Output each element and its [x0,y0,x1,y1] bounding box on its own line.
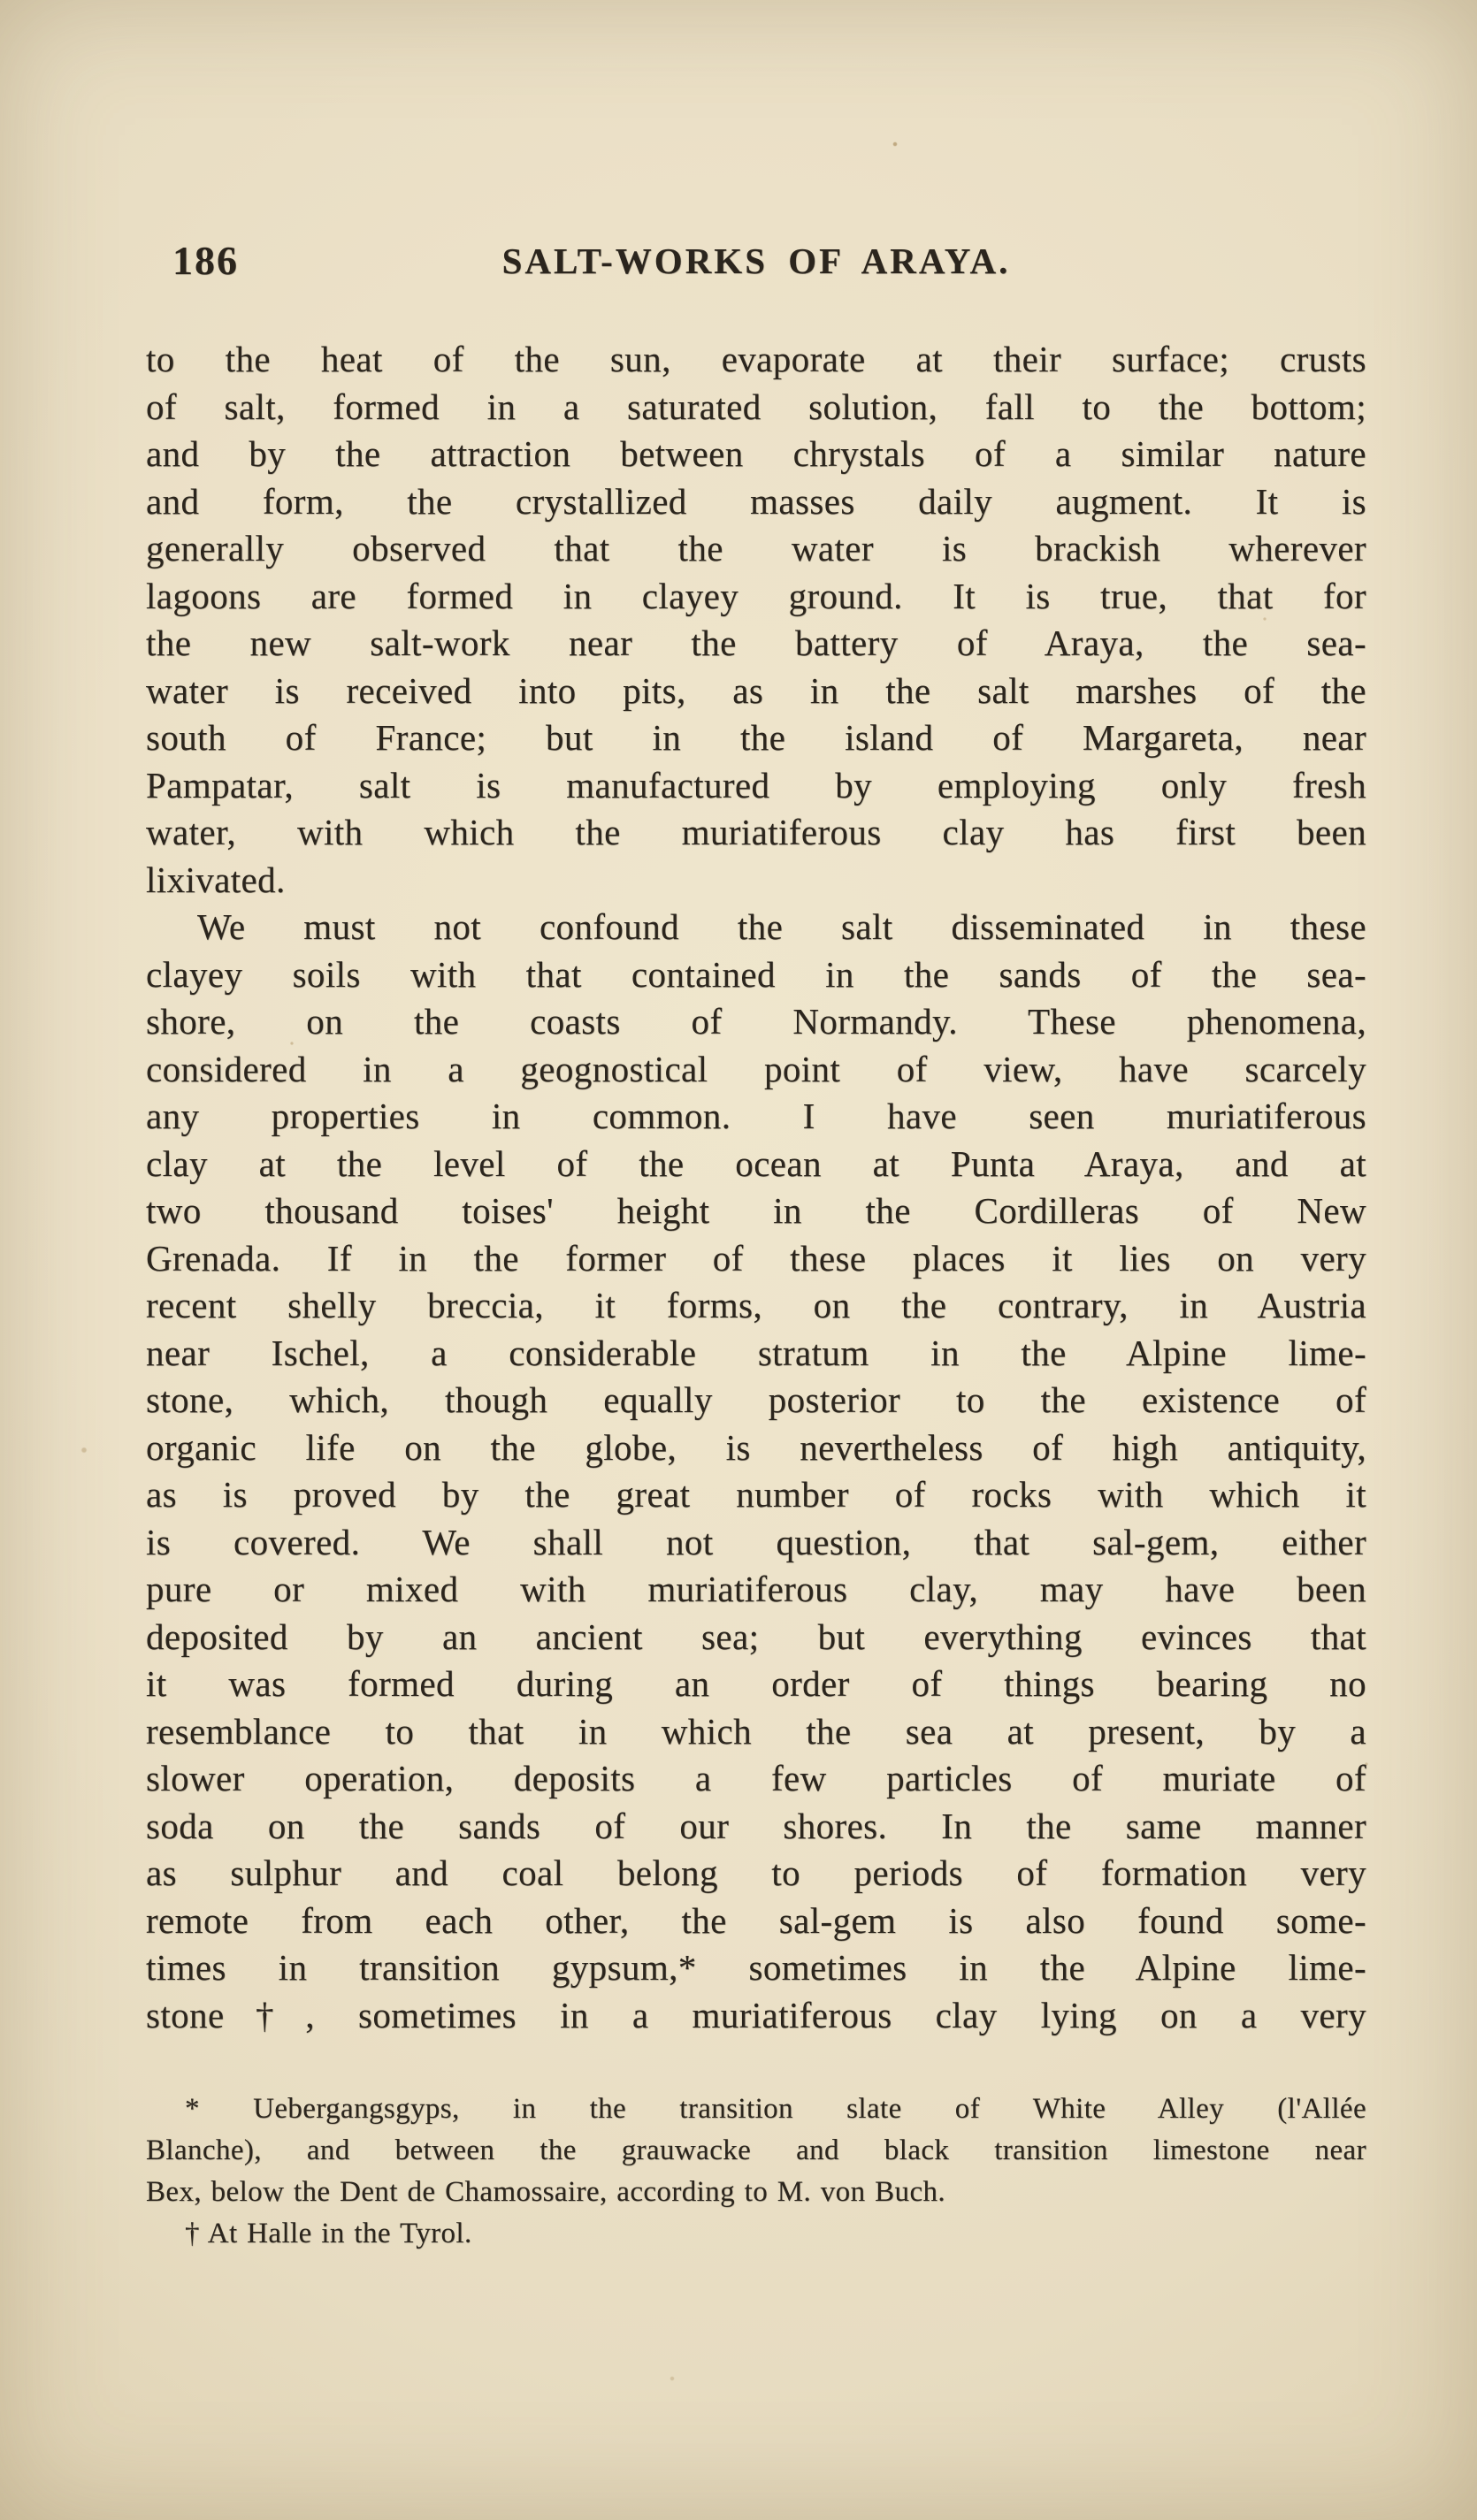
text-line: stone, which, though equally posterior t… [146,1377,1366,1424]
text-line: and by the attraction between chrystals … [146,431,1366,478]
text-line: is covered. We shall not question, that … [146,1519,1366,1567]
text-line: clay at the level of the ocean at Punta … [146,1141,1366,1188]
text-line: two thousand toises' height in the Cordi… [146,1187,1366,1235]
text-line: water is received into pits, as in the s… [146,668,1366,715]
text-line: the new salt-work near the battery of Ar… [146,620,1366,668]
text-line: and form, the crystallized masses daily … [146,478,1366,526]
scanned-book-page: 186 SALT-WORKS OF ARAYA. to the heat of … [0,0,1477,2520]
text-line: considered in a geognostical point of vi… [146,1046,1366,1094]
paragraph: † At Halle in the Tyrol. [146,2213,1366,2255]
text-line: water, with which the muriatiferous clay… [146,809,1366,857]
running-header-title: SALT-WORKS OF ARAYA. [146,240,1366,282]
text-line: south of France; but in the island of Ma… [146,714,1366,762]
text-line: near Ischel, a considerable stratum in t… [146,1330,1366,1378]
text-line: Pampatar, salt is manufactured by employ… [146,762,1366,810]
page-header: 186 SALT-WORKS OF ARAYA. [146,237,1366,290]
text-line: shore, on the coasts of Normandy. These … [146,998,1366,1046]
text-line: We must not confound the salt disseminat… [146,904,1366,951]
text-line: as sulphur and coal belong to periods of… [146,1850,1366,1898]
text-line: * Uebergangsgyps, in the transition slat… [146,2089,1366,2130]
text-line: remote from each other, the sal-gem is a… [146,1898,1366,1945]
body-text-block: to the heat of the sun, evaporate at the… [146,336,1366,2039]
paragraph: We must not confound the salt disseminat… [146,904,1366,2039]
text-line: of salt, formed in a saturated solution,… [146,384,1366,431]
text-line: organic life on the globe, is neverthele… [146,1424,1366,1472]
text-line: soda on the sands of our shores. In the … [146,1803,1366,1851]
text-line: † At Halle in the Tyrol. [146,2213,1366,2255]
text-line: Bex, below the Dent de Chamossaire, acco… [146,2172,1366,2213]
text-line: lixivated. [146,857,1366,905]
text-line: Grenada. If in the former of these place… [146,1235,1366,1283]
text-line: recent shelly breccia, it forms, on the … [146,1282,1366,1330]
text-line: pure or mixed with muriatiferous clay, m… [146,1566,1366,1614]
paragraph: * Uebergangsgyps, in the transition slat… [146,2089,1366,2213]
text-line: times in transition gypsum,* sometimes i… [146,1944,1366,1992]
text-line: to the heat of the sun, evaporate at the… [146,336,1366,384]
paragraph: to the heat of the sun, evaporate at the… [146,336,1366,904]
text-line: Blanche), and between the grauwacke and … [146,2130,1366,2172]
text-line: deposited by an ancient sea; but everyth… [146,1614,1366,1661]
text-line: generally observed that the water is bra… [146,525,1366,573]
text-line: slower operation, deposits a few particl… [146,1755,1366,1803]
text-line: clayey soils with that contained in the … [146,951,1366,999]
text-line: it was formed during an order of things … [146,1661,1366,1708]
footnotes-block: * Uebergangsgyps, in the transition slat… [146,2089,1366,2255]
text-line: any properties in common. I have seen mu… [146,1093,1366,1141]
text-line: stone†, sometimes in a muriatiferous cla… [146,1992,1366,2040]
text-line: as is proved by the great number of rock… [146,1471,1366,1519]
text-line: lagoons are formed in clayey ground. It … [146,573,1366,621]
text-line: resemblance to that in which the sea at … [146,1708,1366,1756]
